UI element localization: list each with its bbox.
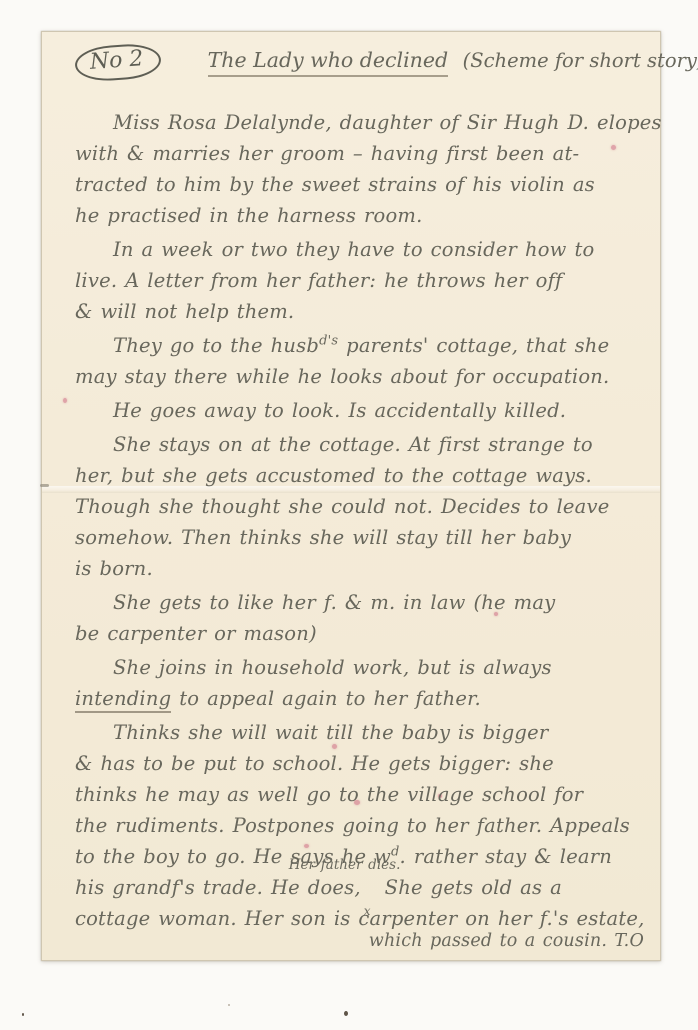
interlinear-note: Her father dies. [289,850,401,881]
manuscript-line: his grandf's trade. He does,Her father d… [75,872,646,903]
manuscript-line: intending to appeal again to her father. [75,683,646,714]
manuscript-line: Miss Rosa Delalynde, daughter of Sir Hug… [75,107,646,138]
manuscript-body: Miss Rosa Delalynde, daughter of Sir Hug… [75,107,646,957]
background-speck [22,1013,24,1016]
manuscript-line: In a week or two they have to consider h… [75,234,646,265]
manuscript-line: he practised in the harness room. [75,200,646,231]
manuscript-line: somehow. Then thinks she will stay till … [75,522,646,553]
manuscript-header: No 2 The Lady who declined (Scheme for s… [75,45,646,95]
manuscript-line: be carpenter or mason) [75,618,646,649]
manuscript-line: tracted to him by the sweet strains of h… [75,169,646,200]
title-suffix: (Scheme for short story) [463,49,698,72]
manuscript-line: Though she thought she could not. Decide… [75,491,646,522]
background-speck [228,1004,230,1006]
caret-mark: x [364,896,371,927]
manuscript-line: & has to be put to school. He gets bigge… [75,748,646,779]
manuscript-line: She joins in household work, but is alwa… [75,652,646,683]
title: The Lady who declined (Scheme for short … [208,48,698,72]
manuscript-line: & will not help them. [75,296,646,327]
manuscript-content: No 2 The Lady who declined (Scheme for s… [75,45,646,957]
foxing-stain [63,398,67,403]
manuscript-line: her, but she gets accustomed to the cott… [75,460,646,491]
title-underlined: The Lady who declined [208,48,449,77]
edge-mark [40,484,49,487]
page-number-circled: No 2 [74,42,162,83]
background-speck [344,1011,348,1016]
manuscript-line: may stay there while he looks about for … [75,361,646,392]
manuscript-line: Thinks she will wait till the baby is bi… [75,717,646,748]
manuscript-line: thinks he may as well go to the village … [75,779,646,810]
insertion-anchor: Her father dies.x [361,892,377,894]
manuscript-page: No 2 The Lady who declined (Scheme for s… [41,31,661,961]
manuscript-line: They go to the husbd's parents' cottage,… [75,330,646,361]
manuscript-line: the rudiments. Postpones going to her fa… [75,810,646,841]
manuscript-line: is born. [75,553,646,584]
manuscript-line: with & marries her groom – having first … [75,138,646,169]
manuscript-line: He goes away to look. Is accidentally ki… [75,395,646,426]
manuscript-line: She gets to like her f. & m. in law (he … [75,587,646,618]
manuscript-line: live. A letter from her father: he throw… [75,265,646,296]
manuscript-line: She stays on at the cottage. At first st… [75,429,646,460]
